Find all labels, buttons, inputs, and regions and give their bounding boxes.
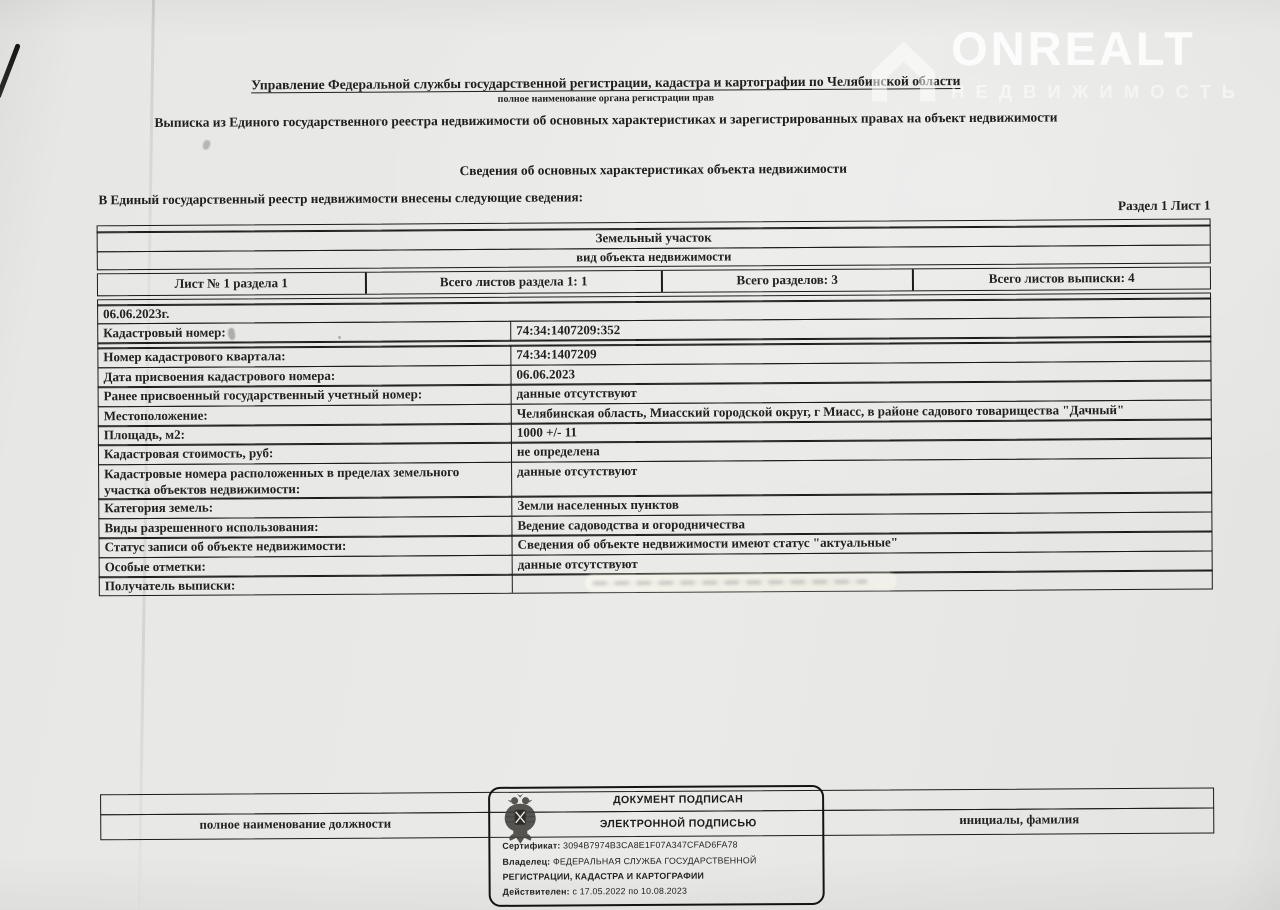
certificate-label: Сертификат: — [502, 840, 560, 850]
digital-signature-stamp: ДОКУМЕНТ ПОДПИСАН ЭЛЕКТРОННОЙ ПОДПИСЬЮ С… — [488, 785, 825, 907]
row-label: Площадь, м2: — [99, 424, 511, 446]
extract-title: Выписка из Единого государственного реес… — [0, 108, 1214, 131]
row-label: Получатель выписки: — [100, 575, 512, 596]
sheet-number-cell: Лист № 1 раздела 1 — [98, 272, 365, 295]
name-caption: инициалы, фамилия — [825, 811, 1213, 828]
stamp-owner-line1: Владелец: ФЕДЕРАЛЬНАЯ СЛУЖБА ГОСУДАРСТВЕ… — [502, 855, 816, 867]
row-label: Ранее присвоенный государственный учетны… — [99, 385, 511, 407]
stamp-title-line2: ЭЛЕКТРОННОЙ ПОДПИСЬЮ — [542, 817, 814, 831]
row-label: Особые отметки: — [100, 555, 512, 577]
section-sheet-label: Раздел 1 Лист 1 — [1118, 198, 1211, 215]
extract-sheets-cell: Всего листов выписки: 4 — [911, 267, 1210, 290]
document-content: Управление Федеральной службы государств… — [0, 0, 1280, 910]
section-sheets-cell: Всего листов раздела 1: 1 — [364, 271, 661, 294]
row-label: Дата присвоения кадастрового номера: — [98, 366, 510, 388]
row-label: Виды разрешенного использования: — [99, 516, 511, 538]
row-label: Кадастровая стоимость, руб: — [99, 443, 511, 465]
row-value: данные отсутствуют — [511, 458, 1211, 496]
position-caption: полное наименование должности — [101, 815, 489, 832]
characteristics-table: Земельный участок вид объекта недвижимос… — [97, 219, 1213, 597]
section-title: Сведения об основных характеристиках объ… — [28, 158, 1278, 182]
sections-total-cell: Всего разделов: 3 — [661, 269, 912, 292]
row-label: Статус записи об объекте недвижимости: — [99, 536, 511, 558]
stamp-certificate-line: Сертификат: 3094B7974B3CA8E1F07A347CFAD6… — [502, 839, 816, 851]
row-label: Местоположение: — [99, 404, 511, 426]
stamp-title-line1: ДОКУМЕНТ ПОДПИСАН — [542, 793, 814, 807]
stamp-owner-line2: РЕГИСТРАЦИИ, КАДАСТРА И КАРТОГРАФИИ — [503, 870, 817, 882]
owner-label: Владелец: — [502, 857, 550, 867]
row-label: Кадастровый номер: — [98, 321, 510, 343]
row-label: Номер кадастрового квартала: — [98, 346, 510, 368]
owner-value-part1: ФЕДЕРАЛЬНАЯ СЛУЖБА ГОСУДАРСТВЕННОЙ — [553, 855, 757, 866]
owner-value-part2: РЕГИСТРАЦИИ, КАДАСТРА И КАРТОГРАФИИ — [503, 871, 704, 882]
row-label: Категория земель: — [99, 497, 511, 519]
validity-label: Действителен: — [503, 886, 570, 896]
redacted-value-smudge — [585, 573, 897, 591]
validity-value: с 17.05.2022 по 10.08.2023 — [572, 886, 687, 897]
intro-text: В Единый государственный реестр недвижим… — [98, 189, 583, 208]
recipient-value-cell — [512, 570, 1212, 592]
certificate-value: 3094B7974B3CA8E1F07A347CFAD6FA78 — [563, 839, 738, 850]
scanned-document-page: Управление Федеральной службы государств… — [0, 0, 1280, 910]
row-label: Кадастровые номера расположенных в преде… — [99, 463, 511, 500]
stamp-validity-line: Действителен: с 17.05.2022 по 10.08.2023 — [503, 885, 817, 897]
